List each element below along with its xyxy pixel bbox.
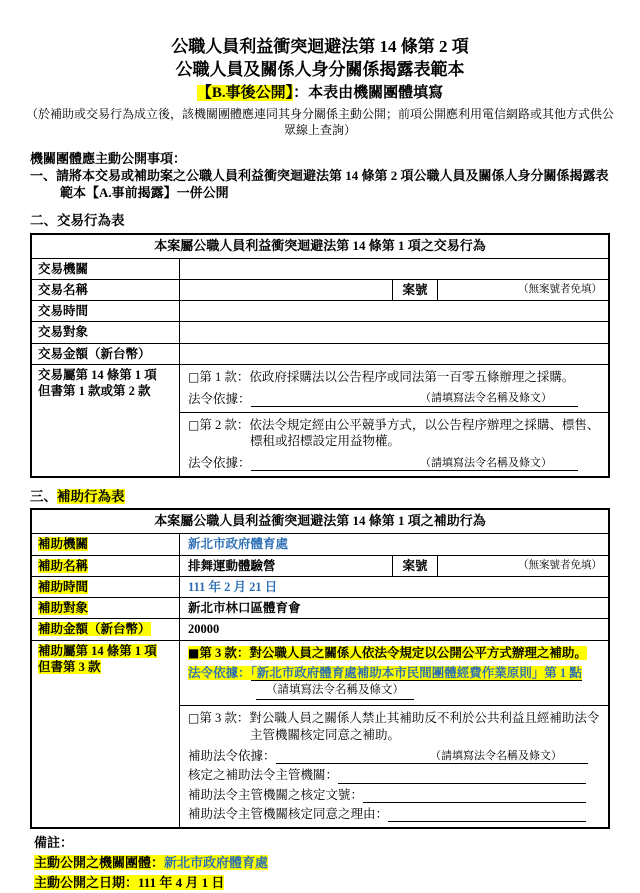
legal-basis-blank: （請填寫法令名稱及條文） — [251, 456, 578, 471]
document-subtitle: 【B.事後公開】：本表由機關團體填寫 — [0, 84, 640, 104]
transaction-clause2-text: 第 2 款：依法令規定經由公平競爭方式，以公告程序辦理之採購、標售、標租或招標設… — [199, 418, 599, 449]
approval-reason-blank — [388, 808, 586, 822]
table-row-transaction-amount: 交易金額（新台幣） — [32, 343, 608, 364]
table-row-transaction-agency: 交易機關 — [32, 258, 608, 279]
transaction-table: 本案屬公職人員利益衝突迴避法第 14 條第 1 項之交易行為 交易機關 交易名稱… — [30, 233, 610, 478]
section2-title: 交易行為表 — [57, 213, 125, 228]
subsidy-clause-label-line1: 補助屬第 14 條第 1 項 — [38, 644, 157, 658]
approval-doc-number-blank — [363, 789, 586, 803]
notice-item-1: 一、請將本交易或補助案之公職人員利益衝突迴避法第 14 條第 2 項公職人員及關… — [30, 168, 614, 202]
subsidy-table-header: 本案屬公職人員利益衝突迴避法第 14 條第 1 項之補助行為 — [32, 510, 608, 533]
subsidy-clause-label: 補助屬第 14 條第 1 項 但書第 3 款 — [32, 641, 180, 828]
transaction-clause1-cell: □第 1 款：依政府採購法以公告程序或同法第一百零五條辦理之採購。 法令依據： … — [180, 365, 608, 412]
subsidy-clause1-cell: ■第 3 款：對公職人員之關係人依法令規定以公開公平方式辦理之補助。 法令依據：… — [180, 641, 608, 706]
table-row-transaction-clause: 交易屬第 14 條第 1 項 但書第 1 款或第 2 款 □第 1 款：依政府採… — [32, 364, 608, 476]
subsidy-name-label-text: 補助名稱 — [38, 559, 88, 573]
legal-basis-blank: （請填寫法令名稱及條文） — [251, 391, 578, 406]
legal-basis-hint: （請填寫法令名稱及條文） — [430, 749, 588, 763]
legal-basis-label: 法令依據： — [188, 455, 251, 471]
disclosure-date-value: 111 年 4 月 1 日 — [138, 875, 224, 890]
table-row-subsidy-name: 補助名稱 排舞運動體驗營 案號 （無案號者免填） — [32, 555, 608, 576]
checkbox-empty-icon[interactable]: □ — [188, 711, 199, 725]
subsidy-time-label: 補助時間 — [32, 577, 180, 597]
transaction-time-label: 交易時間 — [32, 301, 180, 321]
approval-reason-line: 補助法令主管機關核定同意之理由： — [188, 806, 600, 822]
legal-basis-hint: （請填寫法令名稱及條文） — [420, 391, 578, 405]
table-row-transaction-time: 交易時間 — [32, 300, 608, 321]
transaction-clause2-cell: □第 2 款：依法令規定經由公平競爭方式，以公告程序辦理之採購、標售、標租或招標… — [180, 412, 608, 476]
document-page: 公職人員利益衝突迴避法第 14 條第 2 項 公職人員及關係人身分關係揭露表範本… — [0, 0, 640, 893]
section3-heading: 三、補助行為表 — [30, 488, 640, 506]
transaction-time-value — [180, 301, 608, 321]
subsidy-name-label: 補助名稱 — [32, 556, 180, 576]
disclosure-date-label: 主動公開之日期： — [34, 875, 138, 890]
table-row-subsidy-time: 補助時間 111 年 2 月 21 日 — [32, 576, 608, 597]
transaction-counterparty-value — [180, 322, 608, 342]
footer-remarks: 備註： 主動公開之機關團體：新北市政府體育處 主動公開之日期：111 年 4 月… — [34, 835, 640, 892]
subsidy-time-value: 111 年 2 月 21 日 — [180, 577, 608, 597]
transaction-counterparty-label: 交易對象 — [32, 322, 180, 342]
table-row-subsidy-amount: 補助金額（新台幣） 20000 — [32, 618, 608, 639]
transaction-table-header: 本案屬公職人員利益衝突迴避法第 14 條第 1 項之交易行為 — [32, 235, 608, 258]
subsidy-clause-label-line2: 但書第 3 款 — [38, 660, 101, 674]
case-number-label: 案號 — [392, 280, 438, 300]
transaction-agency-label: 交易機關 — [32, 259, 180, 279]
approval-doc-number-line: 補助法令主管機關之核定文號： — [188, 787, 600, 803]
subsidy-clause2-text: 第 3 款：對公職人員之關係人禁止其補助反不利於公共利益且經補助法令主管機關核定… — [199, 711, 599, 742]
disclosure-date-line: 主動公開之日期：111 年 4 月 1 日 — [34, 875, 640, 892]
remark-label: 備註： — [34, 835, 640, 852]
disclosure-org-line: 主動公開之機關團體：新北市政府體育處 — [34, 855, 640, 872]
transaction-agency-value — [180, 259, 608, 279]
transaction-clause1-text: 第 1 款：依政府採購法以公告程序或同法第一百零五條辦理之採購。 — [199, 370, 574, 384]
subsidy-amount-label: 補助金額（新台幣） — [32, 619, 180, 639]
transaction-name-label: 交易名稱 — [32, 280, 180, 300]
table-row-transaction-name: 交易名稱 案號 （無案號者免填） — [32, 279, 608, 300]
section2-marker: 二、 — [30, 213, 57, 228]
legal-basis-blank: （請填寫法令名稱及條文） — [276, 749, 588, 764]
table-row-subsidy-recipient: 補助對象 新北市林口區體育會 — [32, 597, 608, 618]
transaction-clause2-basis: 法令依據： （請填寫法令名稱及條文） — [188, 455, 600, 471]
section2-heading: 二、交易行為表 — [30, 212, 640, 230]
transaction-clause-label-line2: 但書第 1 款或第 2 款 — [38, 383, 173, 399]
subsidy-clause1-text: 第 3 款：對公職人員之關係人依法令規定以公開公平方式辦理之補助。 — [199, 646, 587, 660]
table-row-subsidy-agency: 補助機關 新北市政府體育處 — [32, 533, 608, 554]
case-number-label: 案號 — [392, 556, 438, 576]
approving-authority-label: 核定之補助法令主管機關： — [188, 767, 338, 783]
subsidy-clause-options: ■第 3 款：對公職人員之關係人依法令規定以公開公平方式辦理之補助。 法令依據：… — [180, 641, 608, 828]
transaction-clause-options: □第 1 款：依政府採購法以公告程序或同法第一百零五條辦理之採購。 法令依據： … — [180, 365, 608, 476]
case-number-hint: （無案號者免填） — [438, 556, 608, 576]
subsidy-clause2-cell: □第 3 款：對公職人員之關係人禁止其補助反不利於公共利益且經補助法令主管機關核… — [180, 705, 608, 827]
subsidy-agency-value: 新北市政府體育處 — [180, 534, 608, 554]
table-row-transaction-counterparty: 交易對象 — [32, 321, 608, 342]
transaction-name-value — [180, 280, 392, 300]
subsidy-recipient-value: 新北市林口區體育會 — [180, 598, 608, 618]
document-title-line1: 公職人員利益衝突迴避法第 14 條第 2 項 — [0, 36, 640, 59]
legal-basis-hint: （請填寫法令名稱及條文） — [256, 683, 414, 700]
subsidy-recipient-label-text: 補助對象 — [38, 601, 88, 615]
subsidy-agency-label: 補助機關 — [32, 534, 180, 554]
disclosure-type-badge: 【B.事後公開】 — [197, 85, 293, 101]
approving-authority-blank — [338, 770, 586, 784]
transaction-clause-label-line1: 交易屬第 14 條第 1 項 — [38, 367, 173, 383]
subsidy-clause1-line: ■第 3 款：對公職人員之關係人依法令規定以公開公平方式辦理之補助。 — [188, 645, 600, 662]
disclosure-org-label: 主動公開之機關團體： — [34, 855, 164, 870]
disclosure-org-value: 新北市政府體育處 — [164, 855, 268, 870]
checkbox-checked-icon[interactable]: ■ — [188, 646, 199, 660]
subsidy-recipient-label: 補助對象 — [32, 598, 180, 618]
approving-authority-line: 核定之補助法令主管機關： — [188, 767, 600, 783]
transaction-amount-value — [180, 344, 608, 364]
notice-item-1-text: 請將本交易或補助案之公職人員利益衝突迴避法第 14 條第 2 項公職人員及關係人… — [56, 168, 609, 200]
legal-basis-value: 「新北市政府體育處補助本市民間團體經費作業原則」第 1 點 — [251, 666, 582, 681]
transaction-clause1-basis: 法令依據： （請填寫法令名稱及條文） — [188, 391, 600, 407]
transaction-amount-label: 交易金額（新台幣） — [32, 344, 180, 364]
subsidy-time-label-text: 補助時間 — [38, 580, 88, 594]
transaction-clause2-line: □第 2 款：依法令規定經由公平競爭方式，以公告程序辦理之採購、標售、標租或招標… — [188, 417, 600, 450]
checkbox-empty-icon[interactable]: □ — [188, 370, 199, 384]
subsidy-agency-label-text: 補助機關 — [38, 537, 88, 551]
approval-doc-number-label: 補助法令主管機關之核定文號： — [188, 787, 363, 803]
legal-basis-label: 補助法令依據： — [188, 748, 276, 764]
document-title-line2: 公職人員及關係人身分關係揭露表範本 — [0, 59, 640, 82]
subsidy-clause1-basis: 法令依據：「新北市政府體育處補助本市民間團體經費作業原則」第 1 點 （請填寫法… — [188, 665, 600, 700]
notice-heading: 機關團體應主動公開事項： — [30, 151, 614, 168]
table-row-subsidy-clause: 補助屬第 14 條第 1 項 但書第 3 款 ■第 3 款：對公職人員之關係人依… — [32, 640, 608, 828]
parenthetical-note: （於補助或交易行為成立後，該機關團體應連同其身分關係主動公開；前項公開應利用電信… — [26, 107, 614, 138]
notice-block: 機關團體應主動公開事項： 一、請將本交易或補助案之公職人員利益衝突迴避法第 14… — [30, 151, 614, 203]
checkbox-empty-icon[interactable]: □ — [188, 418, 199, 432]
case-number-hint: （無案號者免填） — [438, 280, 608, 300]
approval-reason-label: 補助法令主管機關核定同意之理由： — [188, 806, 388, 822]
section3-marker: 三、 — [30, 489, 57, 504]
notice-item-1-marker: 一、 — [30, 168, 56, 183]
subsidy-clause2-line: □第 3 款：對公職人員之關係人禁止其補助反不利於公共利益且經補助法令主管機關核… — [188, 710, 600, 743]
legal-basis-label: 法令依據： — [188, 666, 251, 680]
transaction-clause1-line: □第 1 款：依政府採購法以公告程序或同法第一百零五條辦理之採購。 — [188, 369, 600, 386]
disclosure-type-note: ：本表由機關團體填寫 — [293, 85, 443, 101]
legal-basis-label: 法令依據： — [188, 391, 251, 407]
subsidy-amount-value: 20000 — [180, 619, 608, 639]
transaction-clause-label: 交易屬第 14 條第 1 項 但書第 1 款或第 2 款 — [32, 365, 180, 476]
subsidy-name-value: 排舞運動體驗營 — [180, 556, 392, 576]
section3-title: 補助行為表 — [57, 489, 125, 504]
subsidy-table: 本案屬公職人員利益衝突迴避法第 14 條第 1 項之補助行為 補助機關 新北市政… — [30, 508, 610, 829]
subsidy-amount-label-text: 補助金額（新台幣） — [38, 622, 151, 636]
subsidy-clause2-basis: 補助法令依據： （請填寫法令名稱及條文） — [188, 748, 600, 764]
legal-basis-hint: （請填寫法令名稱及條文） — [420, 456, 578, 470]
